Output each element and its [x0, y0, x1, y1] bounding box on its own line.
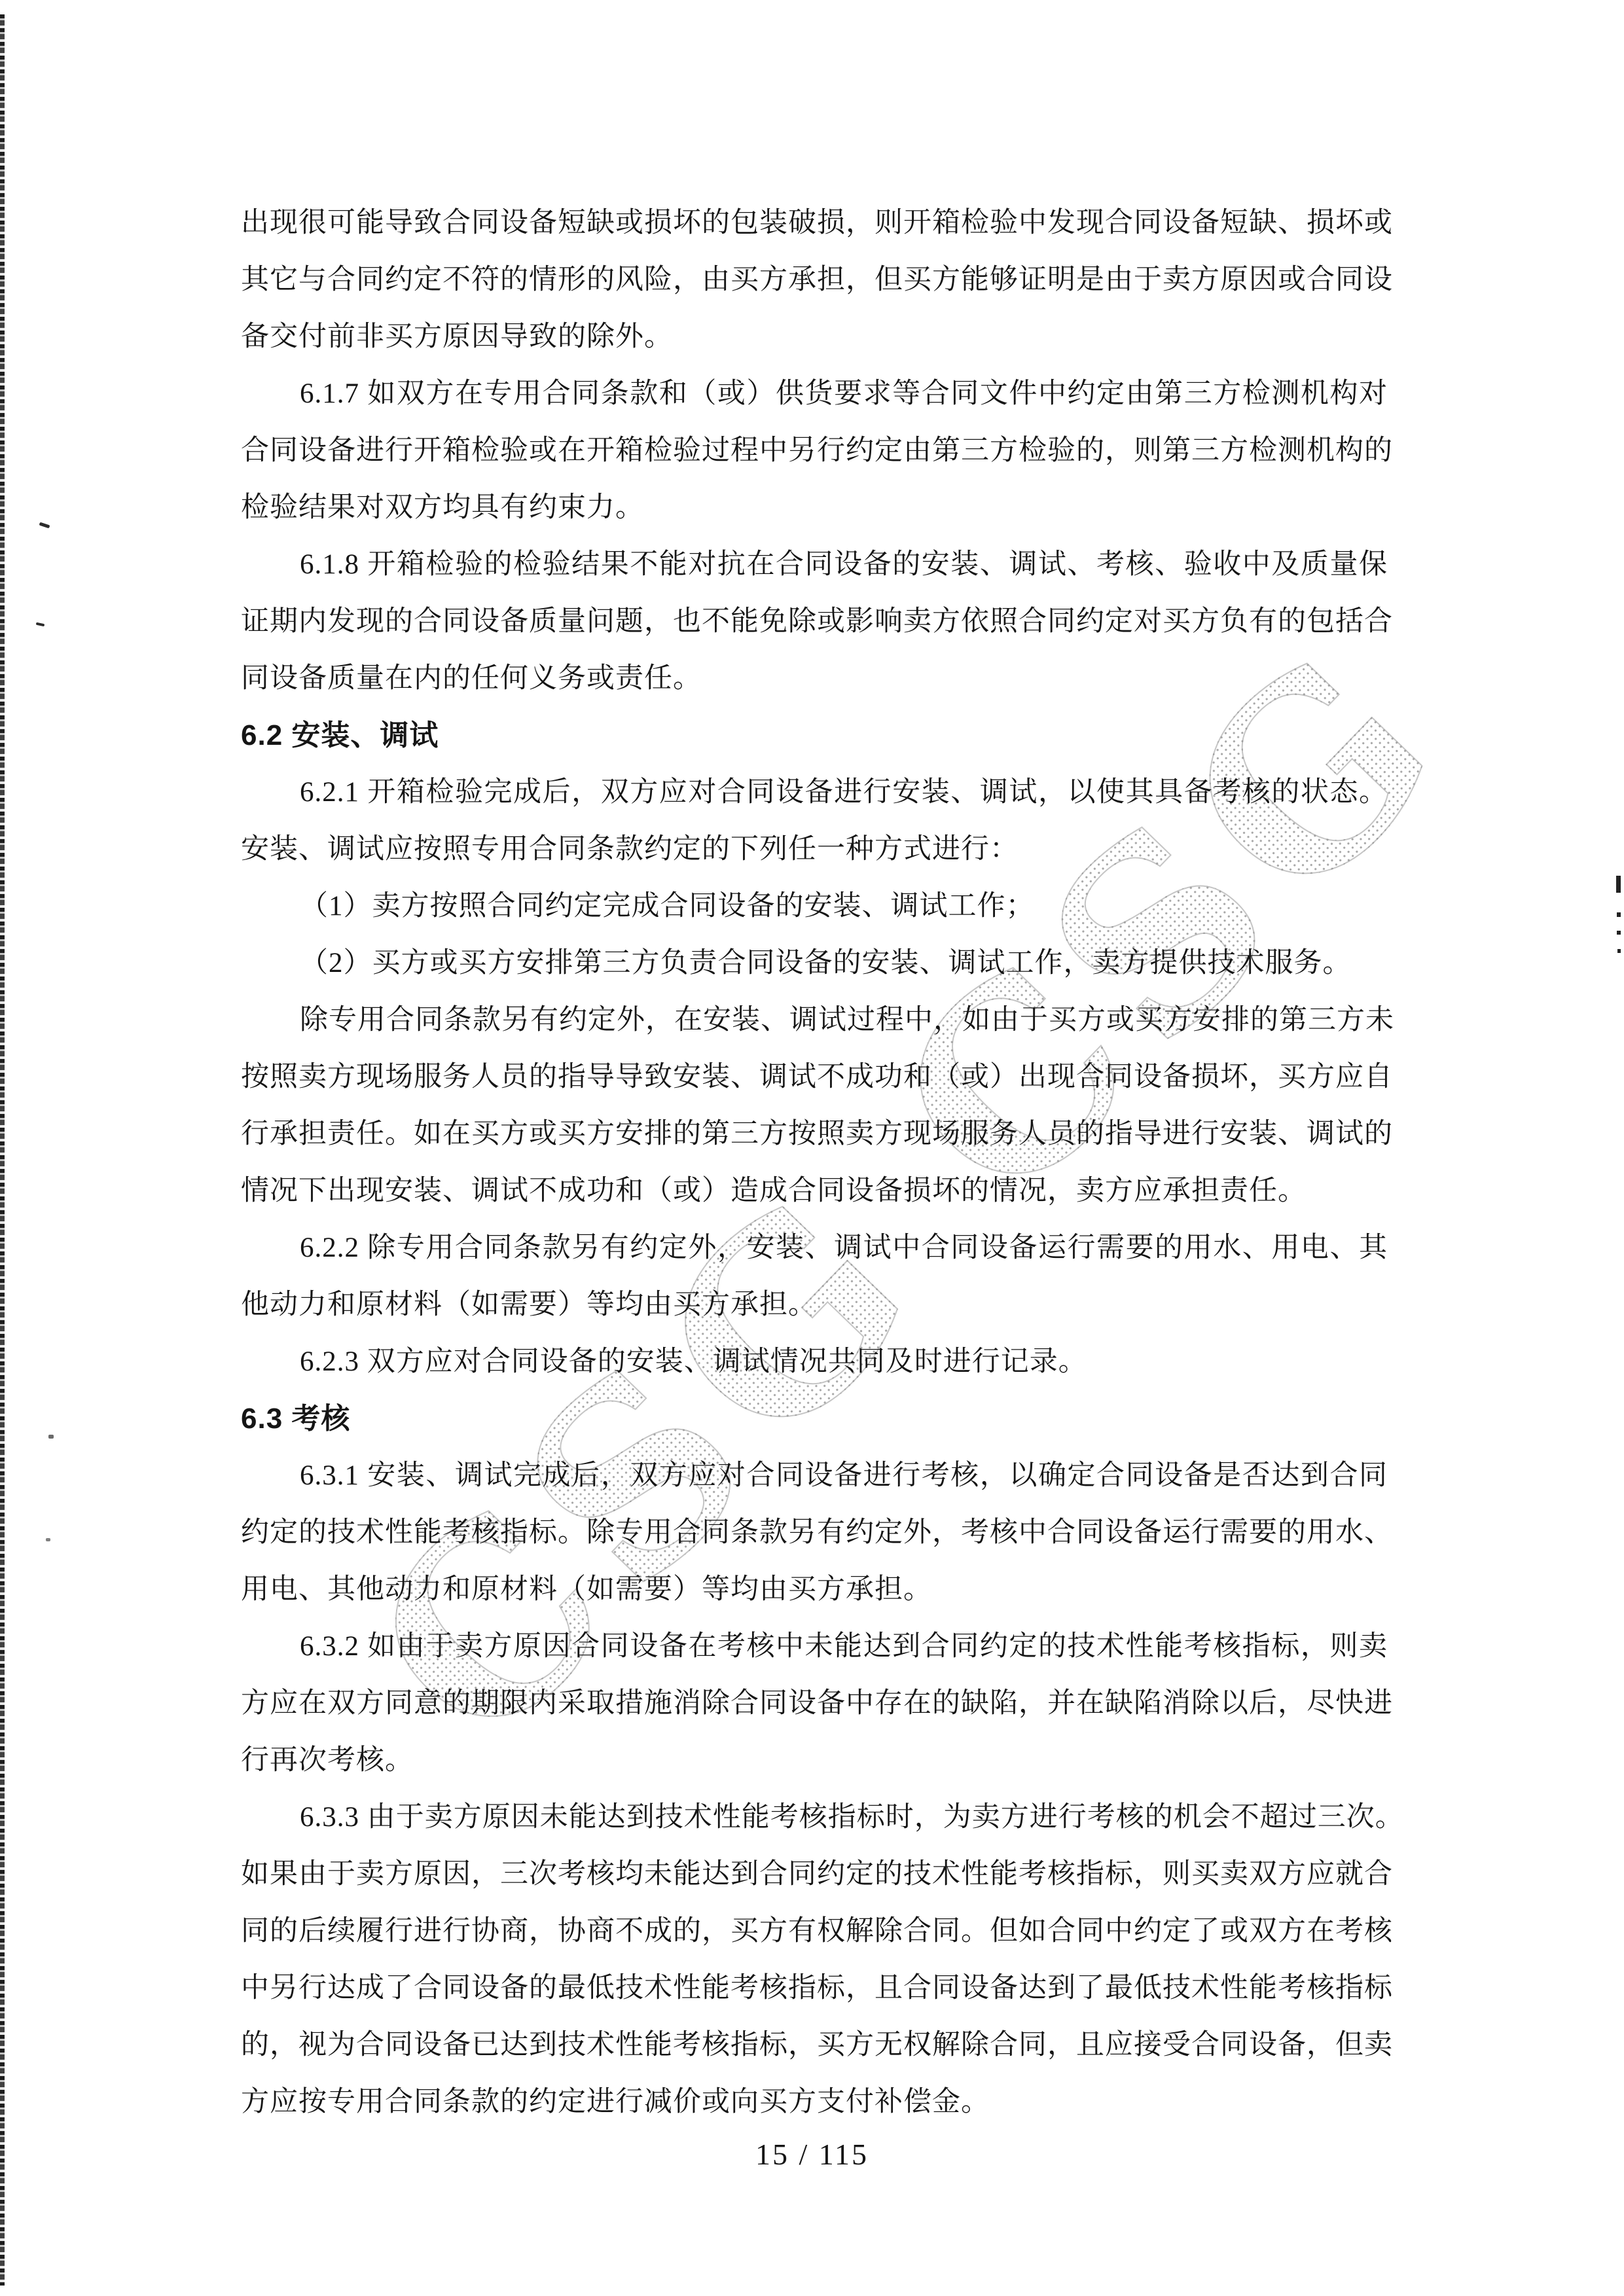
text-line: 其它与合同约定不符的情形的风险，由买方承担，但买方能够证明是由于卖方原因或合同设: [241, 251, 1388, 308]
text-line: 约定的技术性能考核指标。除专用合同条款另有约定外，考核中合同设备运行需要的用水、: [241, 1504, 1388, 1561]
text-line: 合同设备进行开箱检验或在开箱检验过程中另行约定由第三方检验的，则第三方检测机构的: [241, 422, 1388, 479]
scan-speck-artifact: [39, 522, 50, 529]
text-line: 按照卖方现场服务人员的指导导致安装、调试不成功和（或）出现合同设备损坏，买方应自: [241, 1049, 1388, 1105]
text-line: 6.1.8 开箱检验的检验结果不能对抗在合同设备的安装、调试、考核、验收中及质量…: [241, 536, 1388, 593]
scanned-contract-page: CSG CSG 出现很可能导致合同设备短缺或损坏的包装破损，则开箱检验中发现合同…: [0, 0, 1624, 2296]
contract-text-block: 出现很可能导致合同设备短缺或损坏的包装破损，则开箱检验中发现合同设备短缺、损坏或…: [241, 194, 1388, 2130]
scan-speck-artifact: [36, 622, 45, 627]
scan-speck-artifact: [48, 1435, 54, 1439]
text-line: 出现很可能导致合同设备短缺或损坏的包装破损，则开箱检验中发现合同设备短缺、损坏或: [241, 194, 1388, 251]
text-line: 如果由于卖方原因，三次考核均未能达到合同约定的技术性能考核指标，则买卖双方应就合: [241, 1846, 1388, 1903]
text-line: 备交付前非买方原因导致的除外。: [241, 308, 1388, 365]
text-line: 6.1.7 如双方在专用合同条款和（或）供货要求等合同文件中约定由第三方检测机构…: [241, 365, 1388, 422]
text-line: 情况下出现安装、调试不成功和（或）造成合同设备损坏的情况，卖方应承担责任。: [241, 1162, 1388, 1219]
section-heading-line: 6.2 安装、调试: [241, 707, 1388, 764]
section-heading-line: 6.3 考核: [241, 1390, 1388, 1447]
scan-right-edge-artifact: [1617, 949, 1621, 953]
text-line: 行承担责任。如在买方或买方安排的第三方按照卖方现场服务人员的指导进行安装、调试的: [241, 1105, 1388, 1162]
text-line: 用电、其他动力和原材料（如需要）等均由买方承担。: [241, 1561, 1388, 1618]
text-line: （1）卖方按照合同约定完成合同设备的安装、调试工作；: [241, 878, 1388, 935]
text-line: 方应按专用合同条款的约定进行减价或向买方支付补偿金。: [241, 2073, 1388, 2130]
text-line: 的，视为合同设备已达到技术性能考核指标，买方无权解除合同，且应接受合同设备，但卖: [241, 2017, 1388, 2073]
text-line: （2）买方或买方安排第三方负责合同设备的安装、调试工作，卖方提供技术服务。: [241, 935, 1388, 992]
text-line: 6.2.2 除专用合同条款另有约定外，安装、调试中合同设备运行需要的用水、用电、…: [241, 1219, 1388, 1276]
text-line: 证期内发现的合同设备质量问题，也不能免除或影响卖方依照合同约定对买方负有的包括合: [241, 593, 1388, 650]
text-line: 他动力和原材料（如需要）等均由买方承担。: [241, 1276, 1388, 1333]
text-line: 6.3.1 安装、调试完成后，双方应对合同设备进行考核，以确定合同设备是否达到合…: [241, 1447, 1388, 1504]
text-line: 方应在双方同意的期限内采取措施消除合同设备中存在的缺陷，并在缺陷消除以后，尽快进: [241, 1675, 1388, 1732]
scan-right-edge-artifact: [1617, 931, 1621, 935]
scan-speck-artifact: [46, 1538, 50, 1541]
text-line: 6.3.2 如由于卖方原因合同设备在考核中未能达到合同约定的技术性能考核指标，则…: [241, 1618, 1388, 1675]
text-line: 同设备质量在内的任何义务或责任。: [241, 650, 1388, 707]
text-line: 除专用合同条款另有约定外，在安装、调试过程中，如由于买方或买方安排的第三方未: [241, 992, 1388, 1049]
page-number: 15 / 115: [0, 2137, 1624, 2172]
scan-right-edge-artifact: [1616, 876, 1621, 893]
text-line: 6.2.3 双方应对合同设备的安装、调试情况共同及时进行记录。: [241, 1333, 1388, 1390]
text-line: 中另行达成了合同设备的最低技术性能考核指标，且合同设备达到了最低技术性能考核指标: [241, 1960, 1388, 2017]
text-line: 行再次考核。: [241, 1732, 1388, 1789]
text-line: 安装、调试应按照专用合同条款约定的下列任一种方式进行：: [241, 821, 1388, 878]
scan-left-edge-artifact: [0, 14, 5, 2286]
text-line: 6.2.1 开箱检验完成后，双方应对合同设备进行安装、调试，以使其具备考核的状态…: [241, 764, 1388, 821]
text-line: 同的后续履行进行协商，协商不成的，买方有权解除合同。但如合同中约定了或双方在考核: [241, 1903, 1388, 1960]
text-line: 6.3.3 由于卖方原因未能达到技术性能考核指标时，为卖方进行考核的机会不超过三…: [241, 1789, 1388, 1846]
text-line: 检验结果对双方均具有约束力。: [241, 479, 1388, 536]
scan-right-edge-artifact: [1617, 912, 1621, 917]
